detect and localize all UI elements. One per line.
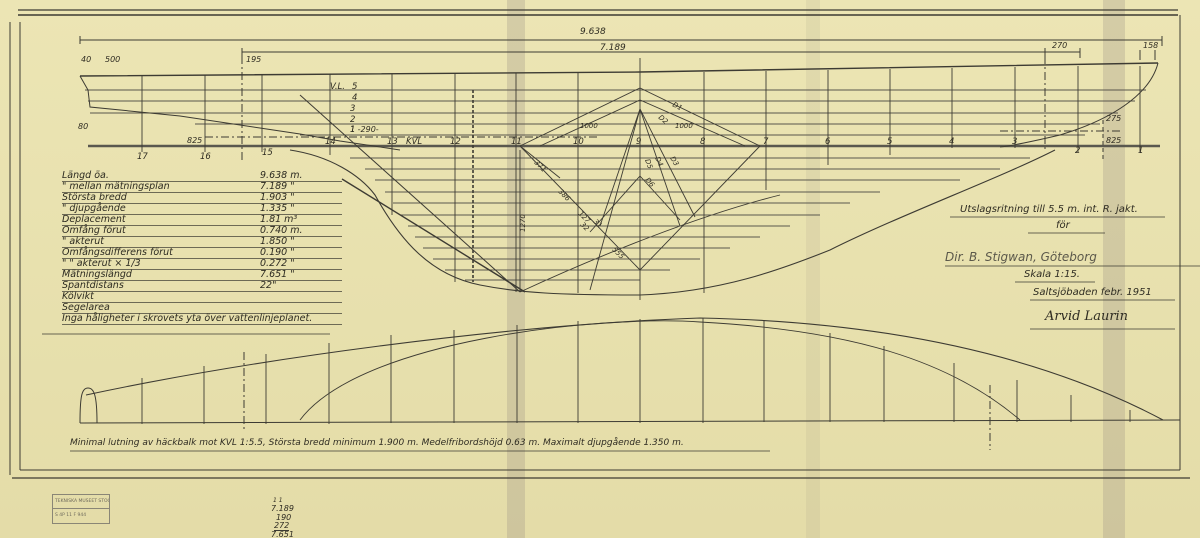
spec-row: Inga håligheter i skrovets yta över vatt… [62,313,342,325]
dim-32: 32 [579,221,591,233]
station-1: 1 [1138,146,1143,156]
client-name: Dir. B. Stigwan, Göteborg [945,250,1097,264]
station-6: 6 [825,137,831,147]
drawing-scale: Skala 1:15. [1024,269,1080,280]
keel-line-label: KVL [406,137,422,147]
station-12: 12 [450,137,461,147]
dim-825-fwd: 825 [1106,136,1121,145]
dim-overall-length: 9.638 [580,27,606,37]
station-11: 11 [511,137,522,147]
dim-bow-offset-b: 500 [105,55,120,64]
diagonal-d1: D1 [671,101,683,113]
dim-275: 275 [1106,114,1121,123]
diagonal-d6: D6 [643,176,656,189]
stamp-line-2: S 4P 11 F 944 [53,509,109,522]
station-7: 7 [763,137,769,147]
drawing-title: Utslagsritning till 5.5 m. int. R. jakt. [960,204,1138,215]
dim-1270: 1270 [519,214,527,232]
archive-stamp: TEKNISKA MUSEET STOCKHOLM S 4P 11 F 944 [52,494,110,524]
diagonal-d4: D4 [653,155,664,167]
dim-1000-left: 1000 [580,122,598,130]
dim-270: 270 [1052,41,1067,50]
station-13: 13 [387,137,398,147]
station-2: 2 [1075,146,1080,156]
station-17: 17 [137,152,148,162]
station-16: 16 [200,152,211,162]
signature: Arvid Laurin [1045,309,1128,324]
station-3: 3 [1012,137,1017,147]
waterline-2: 2 [350,115,355,125]
station-9: 9 [636,137,641,147]
dim-bow-offset-a: 40 [81,55,91,64]
place-date: Saltsjöbaden febr. 1951 [1033,287,1152,298]
station-10: 10 [573,137,584,147]
waterline-label: V.L. [330,82,345,92]
diagonal-d3: D3 [668,155,680,168]
station-14: 14 [325,137,336,147]
waterline-5: 5 [352,82,357,92]
calc-total: 7.651 [271,530,294,538]
dim-158: 158 [1143,41,1158,50]
calc-ticks: 1 1 [273,497,283,504]
waterline-1: 1 [350,125,355,135]
waterline-3: 3 [350,104,355,114]
dim-195: 195 [246,55,261,64]
dim-825-aft: 825 [187,136,202,145]
station-8: 8 [700,137,706,147]
station-15: 15 [262,148,273,158]
drawing-sheet: 9.638 7.189 40 500 195 270 158 80 825 82… [0,0,1200,538]
title-for: för [1056,220,1070,231]
station-5: 5 [887,137,892,147]
dim-386: 386 [557,188,572,203]
dim-371: 371 [533,159,548,174]
dim-1000-right: 1000 [675,122,693,130]
dim-80: 80 [78,122,88,131]
dim-measured-length: 7.189 [600,43,626,53]
stamp-line-1: TEKNISKA MUSEET STOCKHOLM [53,495,109,509]
waterline-4: 4 [352,93,357,103]
station-4: 4 [949,137,954,147]
footnote-requirements: Minimal lutning av häckbalk mot KVL 1:5.… [70,438,684,448]
calc-line-1: 7.189 [271,504,294,513]
